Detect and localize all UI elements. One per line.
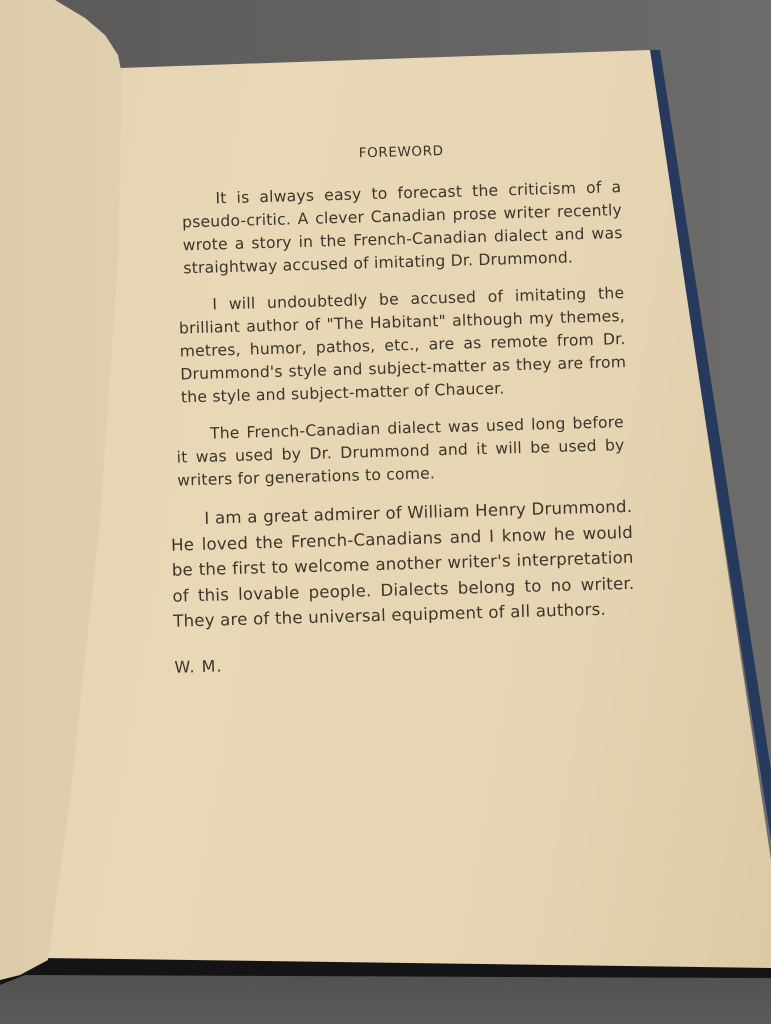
paragraph-4: I am a great admirer of William Henry Dr… bbox=[170, 494, 637, 680]
paragraph-1: It is always easy to forecast the critic… bbox=[181, 176, 623, 280]
paragraph-2: I will undoubtedly be accused of imitati… bbox=[178, 282, 627, 409]
paragraph-3: The French-Canadian dialect was used lon… bbox=[176, 411, 626, 492]
foreword-text-block: FOREWORD It is always easy to forecast t… bbox=[158, 135, 633, 694]
author-signature: W. M. bbox=[174, 641, 637, 679]
